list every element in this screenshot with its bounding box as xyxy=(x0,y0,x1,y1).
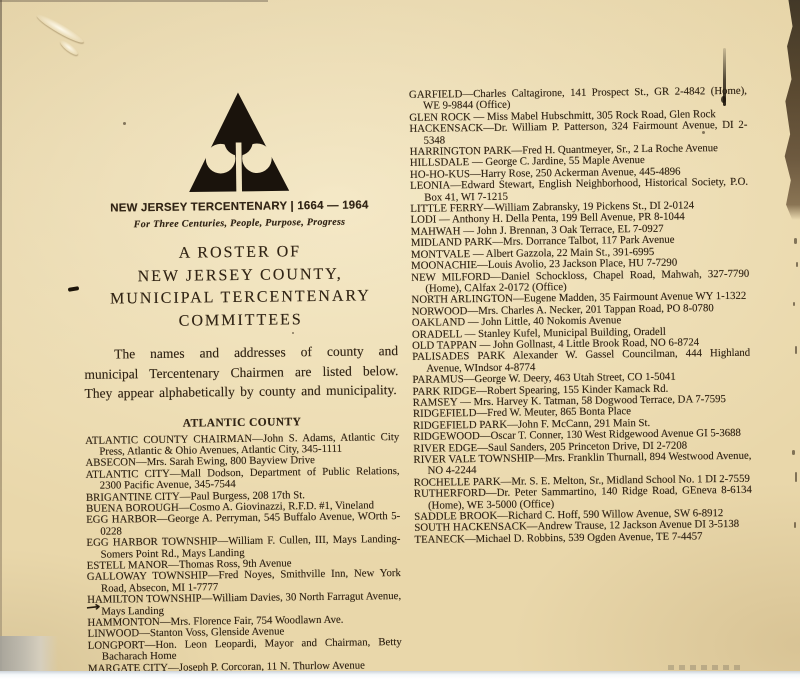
county-section-heading: ATLANTIC COUNTY xyxy=(85,415,399,431)
paper-speck xyxy=(123,122,126,125)
bergen-county-entries: GARFIELD—Charles Caltagirone, 141 Prospe… xyxy=(409,86,753,546)
scanned-roster-page: NEW JERSEY TERCENTENARY | 1664 — 1964 Fo… xyxy=(0,0,800,679)
roster-heading-line: COMMITTEES xyxy=(84,308,398,334)
right-column: GARFIELD—Charles Caltagirone, 141 Prospe… xyxy=(409,86,753,546)
edge-speck xyxy=(794,522,796,528)
edge-speck xyxy=(793,302,795,306)
atlantic-county-entries: ATLANTIC COUNTY CHAIRMAN—John S. Adams, … xyxy=(85,432,402,675)
paper-speck xyxy=(702,131,705,134)
edge-speck xyxy=(795,472,797,482)
paper-speck xyxy=(292,332,294,334)
scan-bottom-left-patch xyxy=(0,636,58,672)
roster-entry: TEANECK—Michael D. Robbins, 539 Ogden Av… xyxy=(414,531,752,547)
page-content: NEW JERSEY TERCENTENARY | 1664 — 1964 Fo… xyxy=(0,0,800,679)
roster-heading: A ROSTER OFNEW JERSEY COUNTY,MUNICIPAL T… xyxy=(83,240,398,334)
hamilton-margin-arrow: → xyxy=(85,600,101,616)
scan-left-edge xyxy=(0,0,2,679)
edge-speck xyxy=(796,262,798,267)
edge-speck xyxy=(792,450,795,455)
edge-speck xyxy=(795,346,797,354)
ghost-print-fragment xyxy=(668,665,742,670)
stray-ink-blob xyxy=(721,96,726,103)
nj-tercentenary-logo-icon xyxy=(180,87,297,196)
logo-title: NEW JERSEY TERCENTENARY | 1664 — 1964 xyxy=(82,199,396,215)
intro-paragraph: The names and addresses of county and mu… xyxy=(84,341,399,403)
edge-speck xyxy=(794,238,797,244)
scan-top-edge xyxy=(0,0,268,2)
roster-heading-line: MUNICIPAL TERCENTENARY xyxy=(83,285,397,311)
left-column: NEW JERSEY TERCENTENARY | 1664 — 1964 Fo… xyxy=(81,86,402,675)
scan-bottom-strip xyxy=(0,671,800,679)
logo-tagline: For Three Centuries, People, Purpose, Pr… xyxy=(83,216,397,231)
